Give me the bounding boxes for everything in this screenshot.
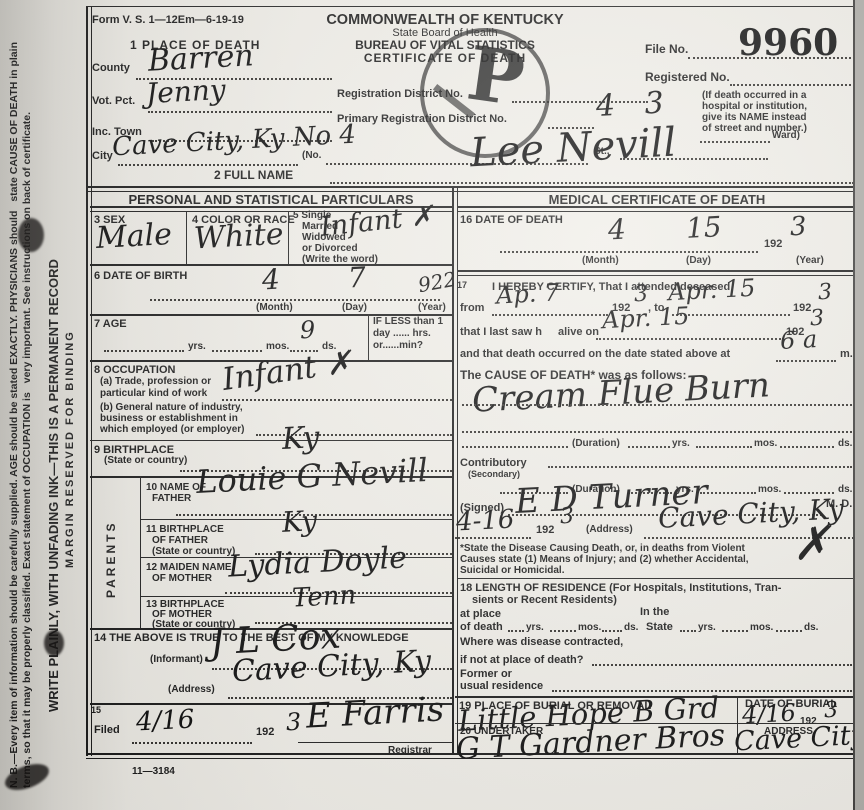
file-no-value: 9960 [738,22,838,64]
marital-label-4: or Divorced [302,243,358,254]
father-bp-label-2: OF FATHER [152,535,208,546]
dod-year-prefix: 192 [764,238,782,250]
age-yrs-line [104,350,184,352]
birthplace-sub-label: (State or country) [104,455,187,466]
occupation-label: 8 OCCUPATION [94,364,176,376]
certify-to-value: Apr. 15 [667,276,755,305]
father-bp-label-3: (State or country) [152,546,235,557]
informant-addr-value: Cave City, Ky [231,647,431,687]
dob-line [150,299,440,301]
mother-bp-value: Tenn [291,582,356,611]
undertaker-addr-value: Cave City Ky [733,719,864,755]
cause-line-1 [462,404,852,406]
signed-date-line [455,537,531,539]
if-less-label-2: day ...... hrs. [373,328,431,339]
dob-day-value: 7 [347,264,366,293]
margin-write-plainly: WRITE PLAINLY, WITH UNFADING INK—THIS IS… [46,112,61,712]
res-yrs-2: yrs. [698,622,716,633]
footnote-line-1: *State the Disease Causing Death, or, in… [460,543,745,554]
res-mos-1: mos. [578,622,601,633]
duration1-yrs: yrs. [672,438,690,449]
dod-month-value: 4 [607,216,626,245]
duration1-yrs-line [628,446,670,448]
filed-date-value: 4/16 [135,706,195,735]
burial-year-value: 3 [823,700,838,723]
vot-pct-value: Jenny [145,76,226,108]
primary-registration-value: 4 3 [595,88,674,122]
res-dl [680,630,696,632]
registrar-line [298,742,452,743]
informant-label: (Informant) [150,654,203,665]
filed-row-number: 15 [91,705,101,715]
filed-year-value: 3 [285,710,302,735]
father-name-value: Louie G Nevill [195,454,428,498]
vot-pct-label: Vot. Pct. [92,95,135,107]
mother-name-label-1: 12 MAIDEN NAME [146,562,232,573]
age-mos-value: 9 [299,318,316,343]
signed-year-value: 3 [559,506,574,529]
hospital-note-2: hospital or institution, [702,101,807,112]
footnote-x-mark: ✗ [791,519,832,567]
footnote-line-2: Causes state (1) Means of Injury; and (2… [460,554,749,565]
commonwealth-title: COMMONWEALTH OF KENTUCKY [300,12,590,28]
dob-year-caption: (Year) [418,302,446,313]
death-certificate-scan: N. B.—Every item of information should b… [0,0,864,810]
color-race-value: White [193,220,284,255]
filed-label: Filed [94,724,120,736]
death-time-m-label: m. [840,348,853,360]
cell-divider [186,212,187,264]
contracted-label-2: if not at place of death? [460,654,583,666]
father-bp-label-1: 11 BIRTHPLACE [146,524,224,535]
res-yrs-1: yrs. [526,622,544,633]
contributory-label: Contributory [460,457,527,469]
margin-binding-note: MARGIN RESERVED FOR BINDING [64,128,76,568]
occupation-b-label-3: which employed (or employer) [100,424,244,435]
res-dl [776,630,802,632]
secondary-label: (Secondary) [468,469,520,479]
signed-addr-caption: (Address) [586,524,633,535]
duration1-caption: (Duration) [572,438,620,449]
age-label: 7 AGE [94,318,127,330]
contributory-line [548,466,852,468]
in-the-label: In the [640,606,669,618]
father-name-label-2: FATHER [152,493,191,504]
row-rule [458,270,856,276]
filed-date-line [132,742,252,744]
full-name-value: Lee Nevill [469,123,677,174]
registrar-label: Registrar [388,745,432,756]
cell-divider [368,314,369,360]
vot-pct-line [148,111,332,113]
duration2-mos: mos. [758,484,781,495]
parents-label: PARENTS [104,478,118,598]
ward-line [700,141,770,143]
res-dl [602,630,622,632]
age-mos-line [212,350,262,352]
sex-value: Male [95,220,172,254]
form-border-top [86,6,856,7]
dod-label: 16 DATE OF DEATH [460,214,563,226]
if-less-label-1: IF LESS than 1 [373,316,443,327]
of-death-label: of death [460,621,503,633]
certify-saw-label: that I last saw h [460,326,542,338]
death-time-value: 6 a [779,327,817,353]
full-name-line [330,182,854,184]
occupation-a-label-1: (a) Trade, profession or [100,376,211,387]
p-stamp-letter: P [462,31,529,124]
form-border-left [86,6,92,756]
duration1-ds: ds. [838,438,852,449]
contracted-label-1: Where was disease contracted, [460,636,623,648]
certify-saw-label-2: alive on [558,326,599,338]
res-ds-2: ds. [804,622,818,633]
signed-date-value: 4-16 [455,506,515,535]
dod-year-value: 3 [789,214,807,241]
ink-blot [18,218,44,252]
residence-label-1: 18 LENGTH OF RESIDENCE (For Hospitals, I… [460,582,781,594]
certify-occurred-label: and that death occurred on the date stat… [460,348,730,360]
hospital-note-3: give its NAME instead [702,112,806,123]
footnote-line-3: Suicidal or Homicidal. [460,565,564,576]
father-bp-value: Ky [281,507,317,537]
former-label-1: Former or [460,668,512,680]
registered-no-line [730,84,855,86]
death-time-line [776,360,836,362]
signed-year-prefix: 192 [536,524,554,536]
dod-line [500,251,758,253]
certify-row-number: 17 [457,280,467,290]
contracted-line [592,664,852,666]
dod-month-caption: (Month) [582,255,619,266]
certify-from-line [492,314,608,316]
hospital-note-1: (If death occurred in a [702,90,806,101]
parents-divider [140,476,141,628]
occupation-value: Infant ✗ [220,347,353,396]
state-label: State [646,621,673,633]
dod-day-value: 15 [685,213,722,243]
informant-addr-label: (Address) [168,684,215,695]
if-less-label-3: or......min? [373,340,423,351]
duration1-mos-line [696,446,752,448]
dob-day-caption: (Day) [342,302,367,313]
occupation-a-label-2: particular kind of work [100,388,207,399]
dob-label: 6 DATE OF BIRTH [94,270,187,282]
file-no-label: File No. [645,42,688,56]
duration1-mos: mos. [754,438,777,449]
duration2-mos-line [700,492,756,494]
occupation-b-label-2: business or establishment in [100,413,238,424]
duration1-ds-line [780,446,834,448]
house-no-label: (No. [302,150,321,161]
registrar-signature: E Farris [305,692,445,733]
county-label: County [92,62,130,74]
dod-year-caption: (Year) [796,255,824,266]
occupation-a-line [222,399,452,401]
nb-line1: N. B.—Every item of information should b… [8,211,20,788]
mother-name-label-2: OF MOTHER [152,573,212,584]
certify-from-label: from [460,302,484,314]
duration1-lead-line [462,446,568,448]
certify-to-line [672,314,790,316]
dob-month-value: 4 [261,266,280,295]
registered-no-label: Registered No. [645,70,730,84]
res-ds-1: ds. [624,622,638,633]
margin-nb-note: N. B.—Every item of information should b… [8,14,34,788]
cell-divider [288,212,289,264]
dob-year-value: 922 [417,269,458,295]
res-mos-2: mos. [750,622,773,633]
former-label-2: usual residence [460,680,543,692]
dob-month-caption: (Month) [256,302,293,313]
dod-day-caption: (Day) [686,255,711,266]
city-label: City [92,150,113,162]
age-mos-caption: mos. [266,341,289,352]
certify-saw-value: Apr. 15 [601,304,689,333]
birthplace-value: Ky [281,423,320,455]
certify-from-value: Ap. 7 [495,280,559,307]
city-line [118,164,298,166]
res-dl [508,630,524,632]
ward-label: Ward) [772,130,800,141]
full-name-label: 2 FULL NAME [214,168,293,182]
row-rule [90,440,452,441]
form-number: Form V. S. 1—12Em—6-19-19 [92,14,244,26]
res-dl [550,630,576,632]
certify-saw-line [596,338,784,340]
print-code: 11—3184 [132,766,175,777]
residence-label-2: sients or Recent Residents) [472,594,617,606]
ink-blot [44,630,64,656]
county-value: Barren [147,41,254,76]
certify-to-year-value: 3 [817,282,832,305]
at-place-label: at place [460,608,501,620]
row-rule [458,578,856,579]
cause-line-2 [462,431,852,433]
res-dl [722,630,748,632]
filed-year-prefix: 192 [256,726,274,738]
age-yrs-caption: yrs. [188,341,206,352]
occupation-b-label-1: (b) General nature of industry, [100,402,243,413]
mother-name-value: Lydia Doyle [227,543,407,582]
scan-right-edge [853,0,864,810]
medical-section-title: MEDICAL CERTIFICATE OF DEATH [458,192,856,207]
